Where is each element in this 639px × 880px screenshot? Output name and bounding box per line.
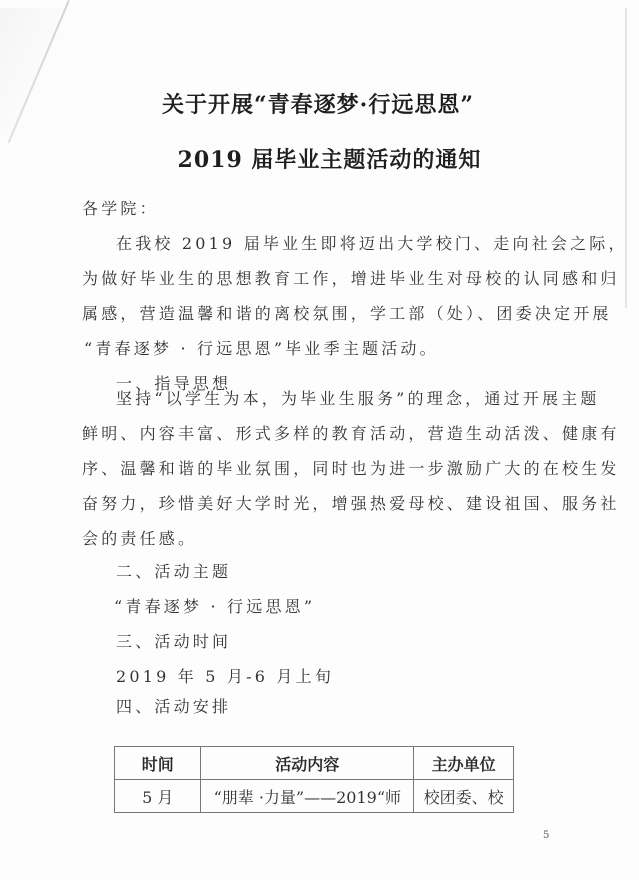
activity-schedule-table: 时间 活动内容 主办单位 5 月 “朋辈 ·力量”——2019“师 校团委、校 [114,746,514,813]
section-heading-activity-theme: 二、活动主题 [116,562,231,582]
section-1-line-1: 坚持“以学生为本，为毕业生服务”的理念，通过开展主题 [116,389,600,409]
table-header-time: 时间 [115,747,201,780]
page-number: 5 [543,830,549,841]
table-cell-time: 5 月 [115,780,201,813]
section-1-line-5: 会的责任感。 [82,529,197,549]
table-cell-activity-content: “朋辈 ·力量”——2019“师 [201,780,414,813]
section-2-body: “青春逐梦 · 行远思恩” [114,597,315,617]
section-1-line-2: 鲜明、内容丰富、形式多样的教育活动，营造生动活泼、健康有 [82,424,620,444]
section-heading-activity-arrangement: 四、活动安排 [116,697,231,717]
intro-line-3: 属感，营造温馨和谐的离校氛围，学工部（处）、团委决定开展 [82,304,612,324]
intro-line-4: “青春逐梦 · 行远思恩”毕业季主题活动。 [84,339,439,359]
table-header-activity-content: 活动内容 [201,747,414,780]
section-1-line-3: 序、温馨和谐的毕业氛围，同时也为进一步激励广大的在校生发 [82,459,620,479]
section-heading-activity-time: 三、活动时间 [116,632,231,652]
intro-line-1: 在我校 2019 届毕业生即将迈出大学校门、走向社会之际， [116,234,628,254]
section-1-line-4: 奋努力，珍惜美好大学时光，增强热爱母校、建设祖国、服务社 [82,494,620,514]
table-row: 5 月 “朋辈 ·力量”——2019“师 校团委、校 [115,780,514,813]
section-3-body: 2019 年 5 月-6 月上旬 [116,667,334,687]
document-page: 关于开展“青春逐梦·行远思恩” 2019 届毕业主题活动的通知 各学院： 在我校… [0,0,639,880]
document-title-line-2: 2019 届毕业主题活动的通知 [10,143,639,174]
table-cell-organizer: 校团委、校 [414,780,514,813]
document-title-line-1: 关于开展“青春逐梦·行远思恩” [38,88,598,119]
table-header-organizer: 主办单位 [414,747,514,780]
salutation: 各学院： [82,199,159,219]
table-header-row: 时间 活动内容 主办单位 [115,747,514,780]
intro-line-2: 为做好毕业生的思想教育工作，增进毕业生对母校的认同感和归 [82,269,620,289]
